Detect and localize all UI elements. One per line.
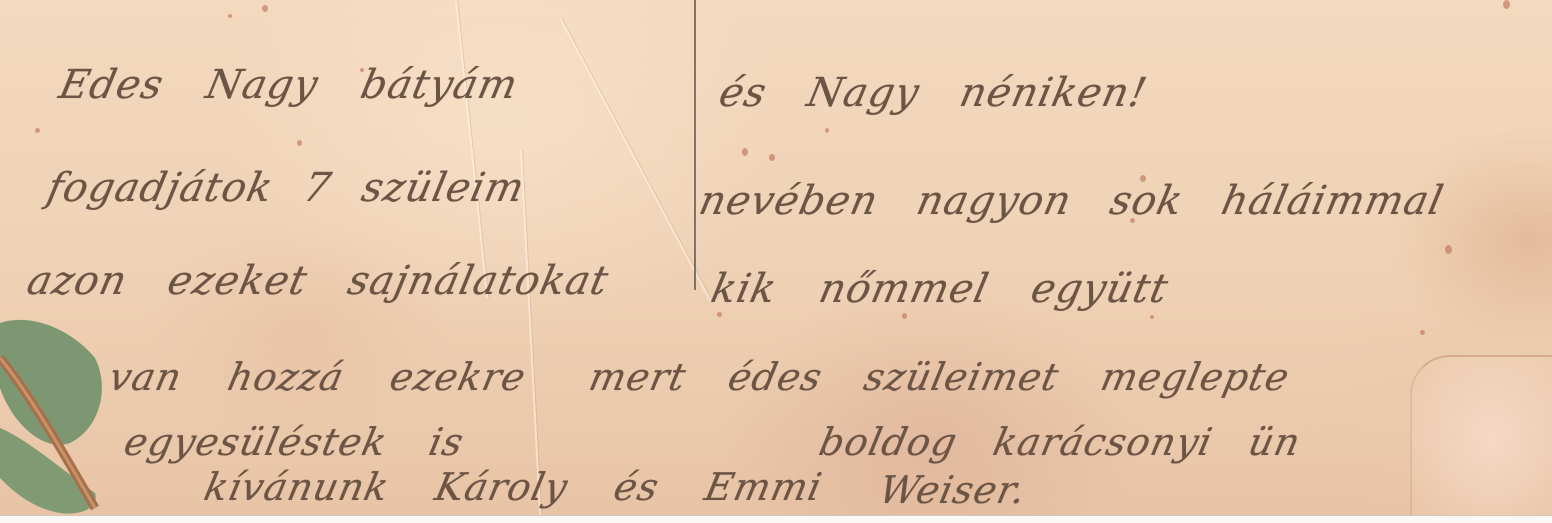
letter-line-3-right: kik nőmmel együtt	[707, 266, 1172, 312]
paper-crease	[455, 0, 488, 298]
scan-bottom-edge	[0, 515, 1552, 523]
letter-line-5-right: boldog karácsonyi ün	[815, 420, 1305, 464]
letter-line-2-right: nevében nagyon sok háláimmal	[695, 178, 1448, 224]
signature: Weiser.	[875, 468, 1030, 512]
vertical-rule-line	[694, 0, 696, 290]
letter-line-5-left: egyesüléstek is	[120, 420, 468, 464]
letter-line-1-left: Edes Nagy bátyám	[55, 62, 522, 108]
letter-line-4-left: van hozzá ezekre	[105, 355, 530, 399]
letter-line-3-left: azon ezeket sajnálatokat	[23, 258, 613, 304]
letter-paper: Edes Nagy bátyám és Nagy néniken! fogadj…	[0, 0, 1552, 515]
letter-line-2-left: fogadjátok 7 szüleim	[43, 165, 529, 211]
water-stain	[1410, 355, 1552, 517]
pressed-leaf-icon	[0, 318, 110, 518]
letter-line-6-left: kívánunk Károly és Emmi	[200, 465, 826, 509]
letter-line-4-right: mert édes szüleimet meglepte	[585, 355, 1294, 399]
letter-line-1-right: és Nagy néniken!	[715, 70, 1151, 116]
